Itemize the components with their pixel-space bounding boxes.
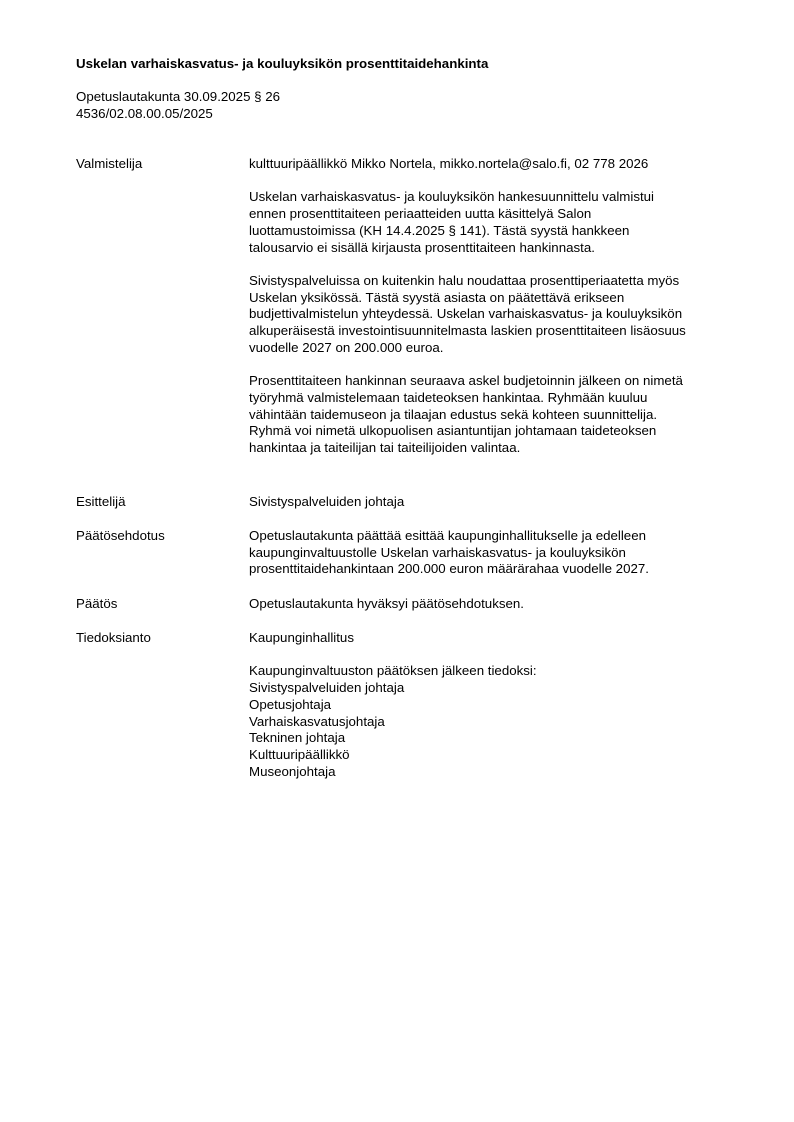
section-content: Kaupunginhallitus Kaupunginvaltuuston pä… [249,630,739,780]
primary-recipient: Kaupunginhallitus [249,630,739,647]
text-line: Uskelan yksikössä. Tästä syystä asiasta … [249,290,739,307]
text-line: talousarvio ei sisällä kirjausta prosent… [249,240,739,257]
text-line: luottamustoimissa (KH 14.4.2025 § 141). … [249,223,739,240]
text-line: alkuperäisestä investointisuunnitelmasta… [249,323,739,340]
text-line: Ryhmä voi nimetä ulkopuolisen asiantunti… [249,423,739,440]
section-label: Tiedoksianto [76,630,151,647]
section-content: Sivistyspalveluiden johtaja [249,494,739,511]
text-line: Opetuslautakunta päättää esittää kaupung… [249,528,739,545]
recipient: Opetusjohtaja [249,697,739,714]
decision-text: Opetuslautakunta hyväksyi päätösehdotuks… [249,596,739,613]
section-label: Esittelijä [76,494,126,511]
section-label: Valmistelija [76,156,142,173]
record-number: 4536/02.08.00.05/2025 [76,106,280,123]
section-content: Opetuslautakunta päättää esittää kaupung… [249,528,739,578]
text-line: työryhmä valmistelemaan taideteoksen han… [249,390,739,407]
section-content: kulttuuripäällikkö Mikko Nortela, mikko.… [249,156,739,457]
text-line: budjettivalmistelun yhteydessä. Uskelan … [249,306,739,323]
text-line: kaupunginvaltuustolle Uskelan varhaiskas… [249,545,739,562]
text-line: vuodelle 2027 on 200.000 euroa. [249,340,739,357]
meeting-reference: Opetuslautakunta 30.09.2025 § 26 [76,89,280,106]
paragraph: Uskelan varhaiskasvatus- ja kouluyksikön… [249,189,739,256]
proposal-text: Opetuslautakunta päättää esittää kaupung… [249,528,739,578]
recipient: Varhaiskasvatusjohtaja [249,714,739,731]
recipient: Sivistyspalveluiden johtaja [249,680,739,697]
preparer-contact: kulttuuripäällikkö Mikko Nortela, mikko.… [249,156,739,173]
document-meta: Opetuslautakunta 30.09.2025 § 26 4536/02… [76,89,280,122]
text-line: vähintään taidemuseon ja tilaajan edustu… [249,407,739,424]
text-line: ennen prosenttitaiteen periaatteiden uut… [249,206,739,223]
recipient: Kulttuuripäällikkö [249,747,739,764]
paragraph: Sivistyspalveluissa on kuitenkin halu no… [249,273,739,357]
recipient-list: Kaupunginvaltuuston päätöksen jälkeen ti… [249,663,739,780]
document-title: Uskelan varhaiskasvatus- ja kouluyksikön… [76,55,488,72]
text-line: Uskelan varhaiskasvatus- ja kouluyksikön… [249,189,739,206]
section-label: Päätösehdotus [76,528,165,545]
text-line: Sivistyspalveluissa on kuitenkin halu no… [249,273,739,290]
recipient: Tekninen johtaja [249,730,739,747]
document-page: Uskelan varhaiskasvatus- ja kouluyksikön… [0,0,794,1122]
text-line: Prosenttitaiteen hankinnan seuraava aske… [249,373,739,390]
paragraph: Prosenttitaiteen hankinnan seuraava aske… [249,373,739,457]
recipient-list-heading: Kaupunginvaltuuston päätöksen jälkeen ti… [249,663,739,680]
recipient: Museonjohtaja [249,764,739,781]
section-content: Opetuslautakunta hyväksyi päätösehdotuks… [249,596,739,613]
section-label: Päätös [76,596,117,613]
presenter: Sivistyspalveluiden johtaja [249,494,739,511]
text-line: hankintaa ja taiteilijan tai taiteilijoi… [249,440,739,457]
text-line: prosenttitaidehankintaan 200.000 euron m… [249,561,739,578]
